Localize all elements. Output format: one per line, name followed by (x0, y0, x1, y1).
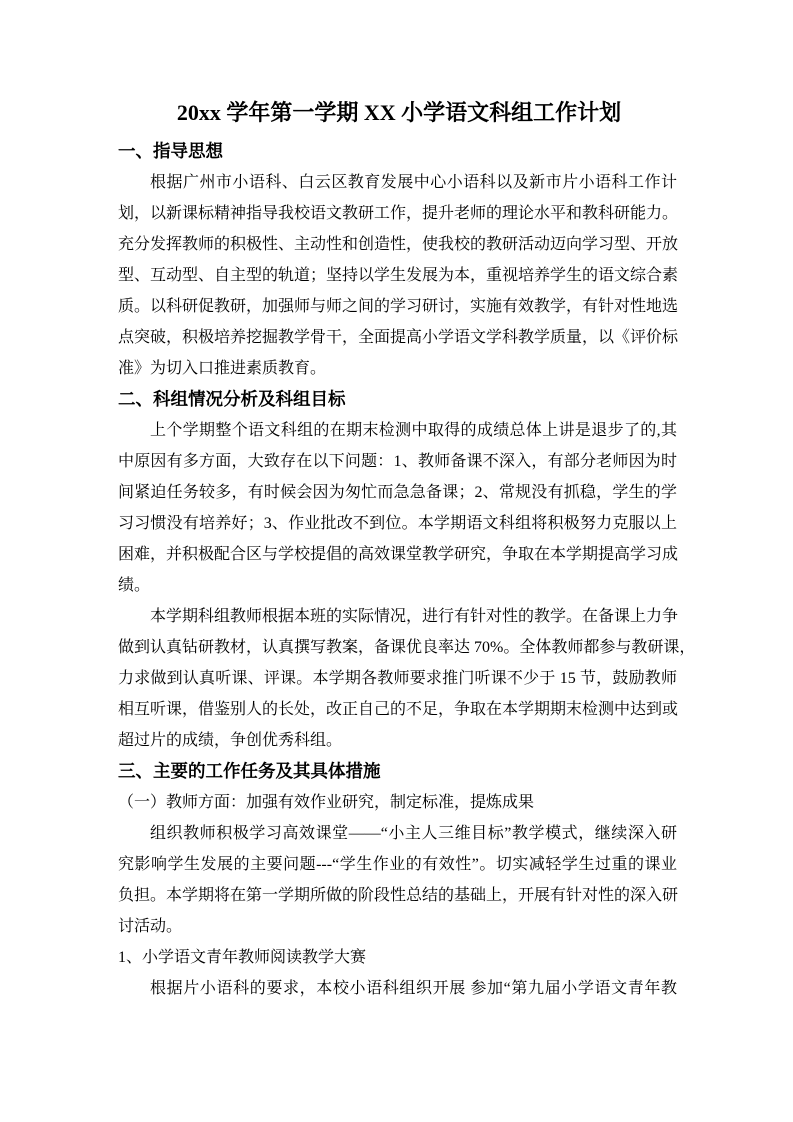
paragraph: 组织教师积极学习高效课堂——“小主人三维目标”教学模式，继续深入研究影响学生发展… (118, 818, 680, 942)
paragraph-line: 根据广州市小语科、白云区教育发展中心小语科以及新市片小语科工作计 (118, 167, 677, 198)
paragraph-line: 间紧迫任务较多，有时候会因为匆忙而急急备课；2、常规没有抓稳，学生的学 (118, 477, 677, 508)
paragraph: 本学期科组教师根据本班的实际情况，进行有针对性的教学。在备课上力争做到认真钻研教… (118, 601, 680, 756)
section-heading: 一、指导思想 (118, 136, 680, 167)
subheading-line: 1、小学语文青年教师阅读教学大赛 (118, 942, 680, 973)
paragraph-line: 准》为切入口推进素质教育。 (118, 353, 677, 384)
paragraph-line: 中原因有多方面，大致存在以下问题：1、教师备课不深入，有部分老师因为时 (118, 446, 677, 477)
paragraph-line: 困难，并积极配合区与学校提倡的高效课堂教学研究，争取在本学期提高学习成 (118, 539, 677, 570)
paragraph-line: 本学期科组教师根据本班的实际情况，进行有针对性的教学。在备课上力争 (118, 601, 677, 632)
paragraph-line: 充分发挥教师的积极性、主动性和创造性，使我校的教研活动迈向学习型、开放 (118, 229, 677, 260)
paragraph-line: 划，以新课标精神指导我校语文教研工作，提升老师的理论水平和教科研能力。 (118, 198, 677, 229)
subheading-line: （一）教师方面：加强有效作业研究，制定标准，提炼成果 (118, 787, 680, 818)
paragraph-line: 究影响学生发展的主要问题---“学生作业的有效性”。切实减轻学生过重的课业 (118, 849, 677, 880)
paragraph: 根据广州市小语科、白云区教育发展中心小语科以及新市片小语科工作计划，以新课标精神… (118, 167, 680, 384)
document-page: 20xx 学年第一学期 XX 小学语文科组工作计划 一、指导思想根据广州市小语科… (0, 0, 793, 1122)
paragraph-line: 上个学期整个语文科组的在期末检测中取得的成绩总体上讲是退步了的,其 (118, 415, 677, 446)
paragraph-line: 负担。本学期将在第一学期所做的阶段性总结的基础上，开展有针对性的深入研 (118, 880, 677, 911)
paragraph-line: 超过片的成绩，争创优秀科组。 (118, 725, 677, 756)
paragraph-line: 型、互动型、自主型的轨道；坚持以学生发展为本，重视培养学生的语文综合素 (118, 260, 677, 291)
paragraph-line: 质。以科研促教研，加强师与师之间的学习研讨，实施有效教学，有针对性地选 (118, 291, 677, 322)
paragraph-line: 力求做到认真听课、评课。本学期各教师要求推门听课不少于 15 节，鼓励教师 (118, 663, 677, 694)
paragraph-line: 做到认真钻研教材，认真撰写教案，备课优良率达 70%。全体教师都参与教研课， (118, 632, 677, 663)
paragraph-line: 相互听课，借鉴别人的长处，改正自己的不足，争取在本学期期末检测中达到或 (118, 694, 677, 725)
paragraph-line: 组织教师积极学习高效课堂——“小主人三维目标”教学模式，继续深入研 (118, 818, 677, 849)
paragraph: 根据片小语科的要求，本校小语科组织开展 参加“第九届小学语文青年教 (118, 973, 680, 1004)
paragraph-line: 根据片小语科的要求，本校小语科组织开展 参加“第九届小学语文青年教 (118, 973, 677, 1004)
paragraph-line: 习习惯没有培养好；3、作业批改不到位。本学期语文科组将积极努力克服以上 (118, 508, 677, 539)
document-body: 一、指导思想根据广州市小语科、白云区教育发展中心小语科以及新市片小语科工作计划，… (118, 136, 680, 1004)
section-heading: 三、主要的工作任务及其具体措施 (118, 756, 680, 787)
paragraph-line: 点突破，积极培养挖掘教学骨干，全面提高小学语文学科教学质量，以《评价标 (118, 322, 677, 353)
paragraph-line: 绩。 (118, 570, 677, 601)
section-heading: 二、科组情况分析及科组目标 (118, 384, 680, 415)
paragraph-line: 讨活动。 (118, 911, 677, 942)
paragraph: 上个学期整个语文科组的在期末检测中取得的成绩总体上讲是退步了的,其中原因有多方面… (118, 415, 680, 601)
document-title: 20xx 学年第一学期 XX 小学语文科组工作计划 (118, 97, 680, 129)
